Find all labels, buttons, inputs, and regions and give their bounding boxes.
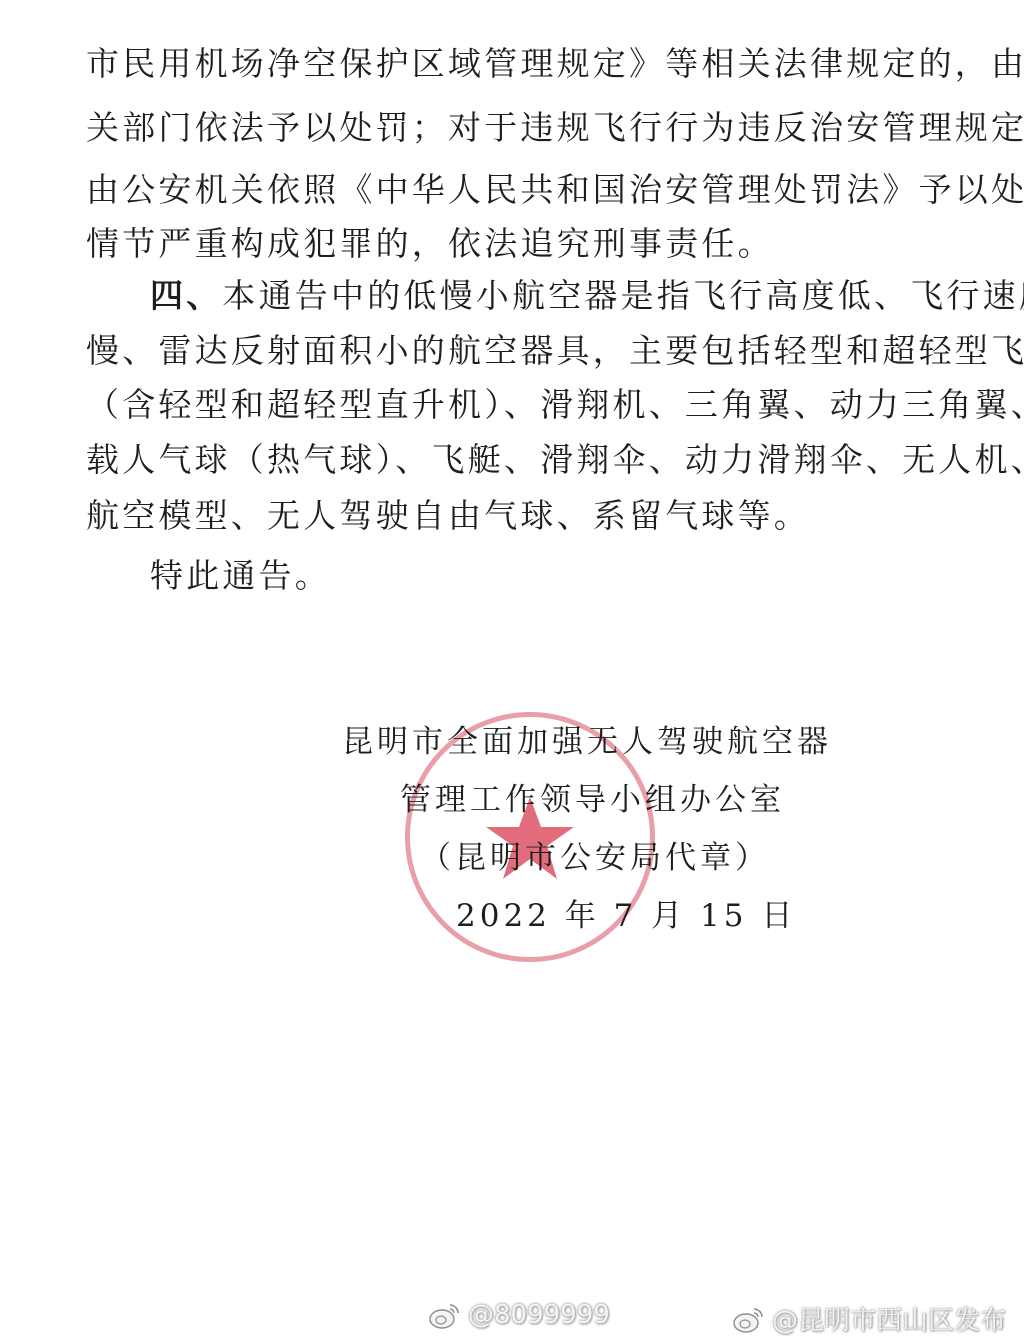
section-four-heading: 四、 [150,276,222,315]
signature-date: 2022 年 7 月 15 日 [456,896,796,936]
paragraph-line: 慢、雷达反射面积小的航空器具，主要包括轻型和超轻型飞机 [86,331,1024,371]
paragraph-line: 情节严重构成犯罪的，依法追究刑事责任。 [86,224,774,264]
paragraph-line: 市民用机场净空保护区域管理规定》等相关法律规定的，由相 [86,44,1024,84]
paragraph-line: 载人气球（热气球）、飞艇、滑翔伞、动力滑翔伞、无人机、 [86,440,1024,480]
signature-proxy-seal: （昆明市公安局代章） [420,838,770,878]
watermark: @8099999 [428,1300,610,1330]
weibo-icon [732,1304,766,1334]
section-four-first-line: 四、本通告中的低慢小航空器是指飞行高度低、飞行速度 [150,276,1024,316]
signature-org-line1: 昆明市全面加强无人驾驶航空器 [342,722,832,762]
signature-org-line2: 管理工作领导小组办公室 [400,780,785,820]
paragraph-line: 关部门依法予以处罚；对于违规飞行行为违反治安管理规定的， [86,108,1024,148]
weibo-icon [428,1300,462,1330]
watermark: @昆明市西山区发布 [732,1300,1006,1337]
paragraph-line: （含轻型和超轻型直升机）、滑翔机、三角翼、动力三角翼、 [86,385,1024,425]
paragraph-line: 航空模型、无人驾驶自由气球、系留气球等。 [86,496,810,536]
closing-text: 特此通告。 [150,556,331,596]
paragraph-line: 由公安机关依照《中华人民共和国治安管理处罚法》予以处罚； [86,170,1024,210]
